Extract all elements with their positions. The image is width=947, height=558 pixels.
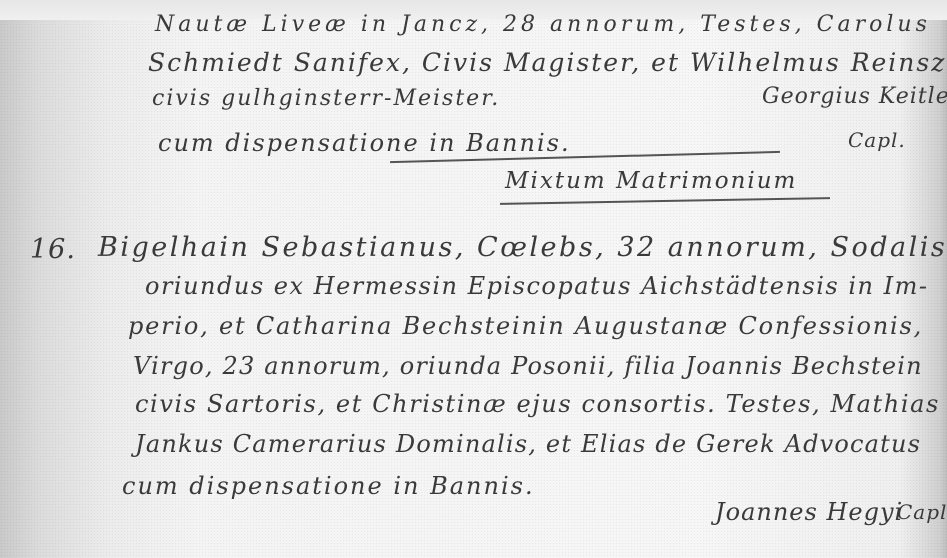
entry-line-6: Jankus Camerarius Dominalis, et Elias de… <box>135 430 921 458</box>
section-heading-underline <box>500 197 830 204</box>
register-page: Nautæ Liveæ in Jancz, 28 annorum, Testes… <box>0 20 947 558</box>
prev-entry-line-4: cum dispensatione in Bannis. <box>158 129 571 157</box>
prev-entry-line-1: Nautæ Liveæ in Jancz, 28 annorum, Testes… <box>155 12 931 37</box>
entry-line-2: oriundus ex Hermessin Episcopatus Aichst… <box>145 272 928 300</box>
section-heading: Mixtum Matrimonium <box>505 168 797 194</box>
entry-signature: Joannes Hegyi <box>715 498 903 526</box>
prev-entry-signature: Georgius Keitler <box>762 84 947 109</box>
entry-line-4: Virgo, 23 annorum, oriunda Posonii, fili… <box>133 352 923 380</box>
prev-entry-signature-title: Capl. <box>848 128 906 152</box>
entry-line-3: perio, et Catharina Bechsteinin Augustan… <box>128 312 923 340</box>
prev-entry-line-3: civis gulhginsterr-Meister. <box>152 86 500 111</box>
entry-signature-title: Capl. <box>897 500 947 524</box>
entry-line-5: civis Sartoris, et Christinæ ejus consor… <box>135 390 940 418</box>
entry-line-1: Bigelhain Sebastianus, Cœlebs, 32 annoru… <box>98 232 947 263</box>
entry-number: 16. <box>30 234 76 265</box>
entry-line-7: cum dispensatione in Bannis. <box>122 472 535 500</box>
prev-entry-line-2: Schmiedt Sanifex, Civis Magister, et Wil… <box>148 48 946 77</box>
